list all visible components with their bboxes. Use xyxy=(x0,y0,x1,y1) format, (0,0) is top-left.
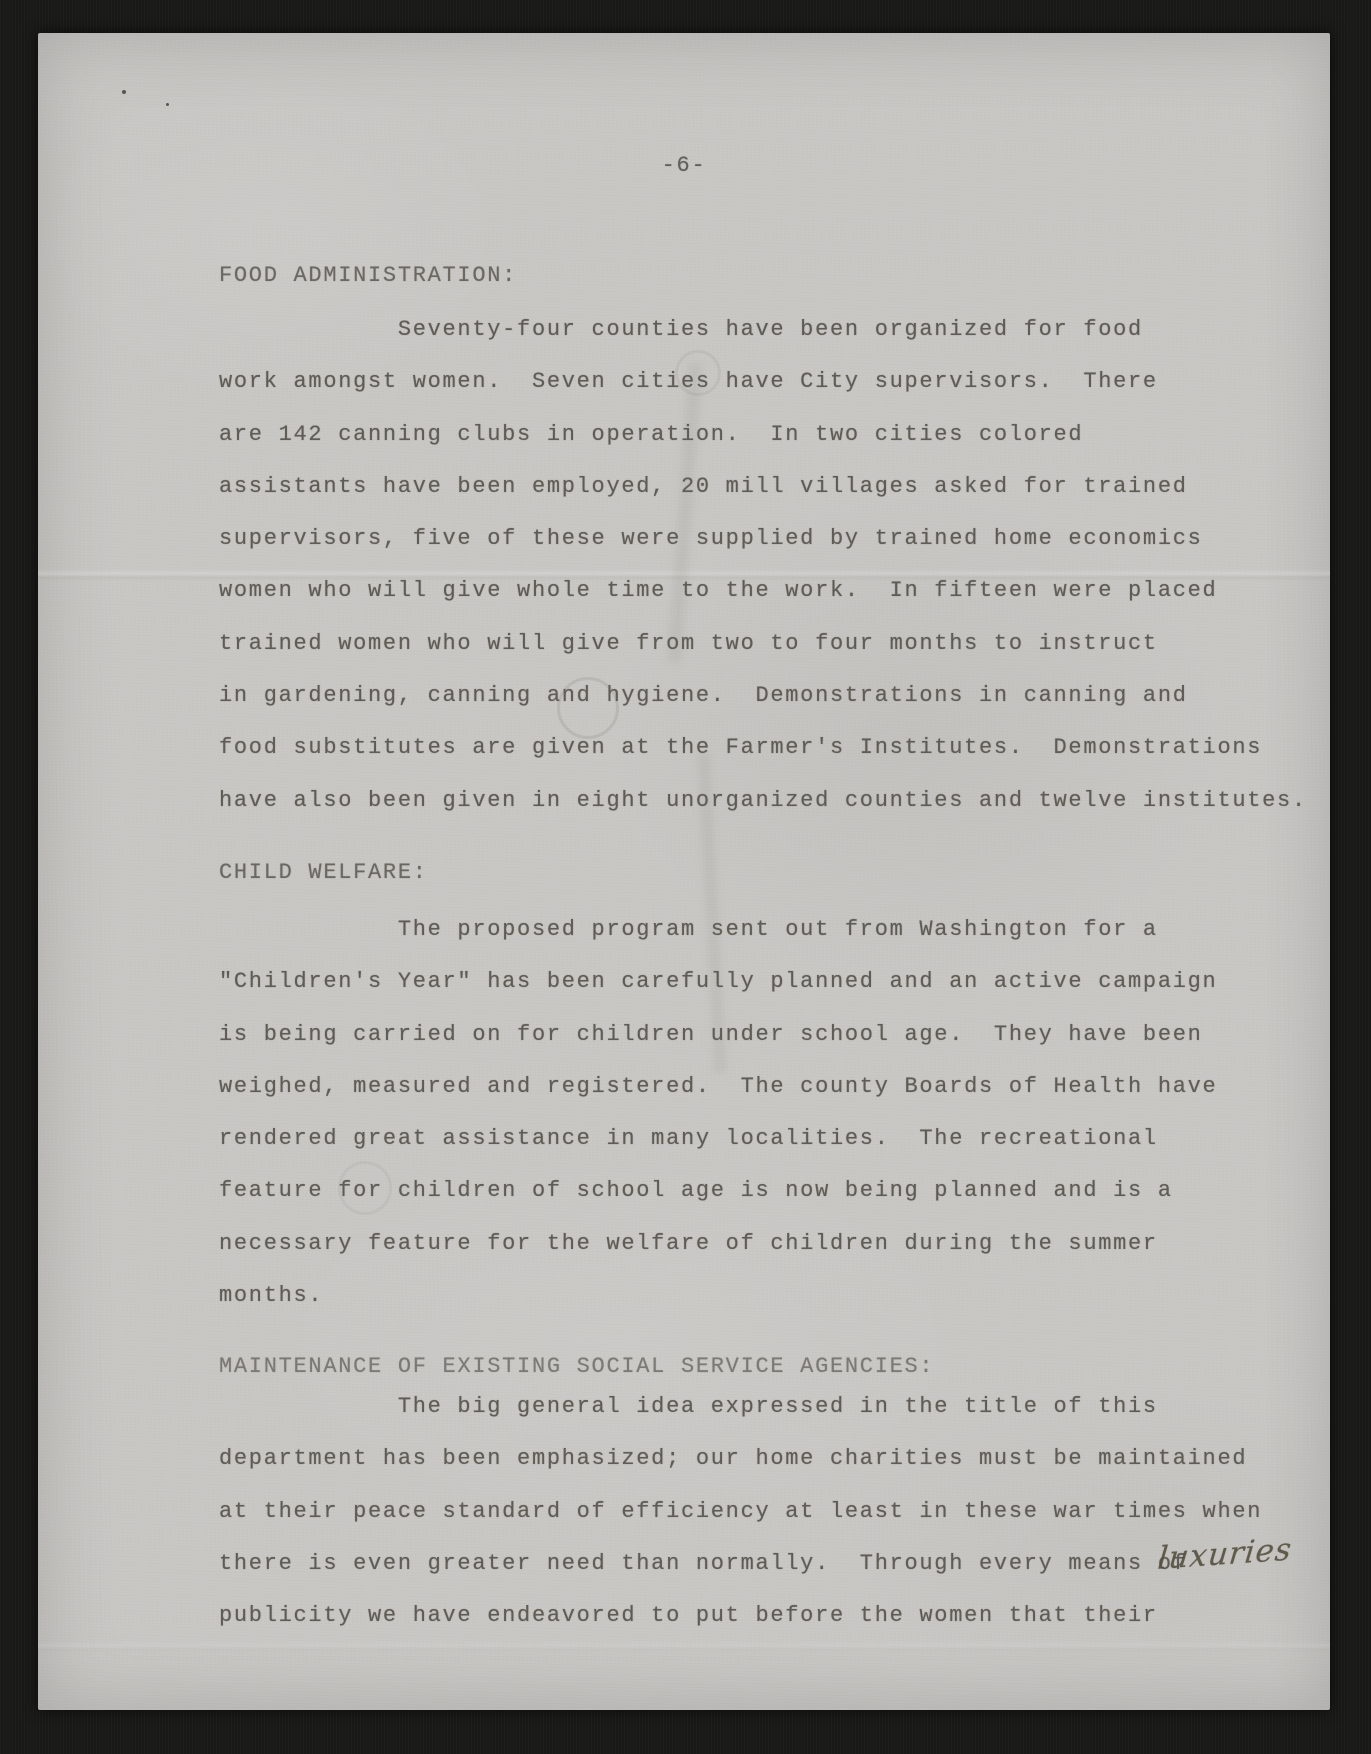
section-paragraph: The big general idea expressed in the ti… xyxy=(219,1381,1262,1642)
page-number: -6- xyxy=(38,149,1330,183)
section-paragraph: The proposed program sent out from Washi… xyxy=(219,904,1217,1322)
paper-fold-crease xyxy=(38,1641,1330,1653)
dust-speck xyxy=(122,90,126,94)
scanned-page-background: -6- FOOD ADMINISTRATION: Seventy-four co… xyxy=(0,0,1371,1754)
section-heading: FOOD ADMINISTRATION: xyxy=(219,250,517,302)
dust-speck xyxy=(166,103,169,106)
document-page: -6- FOOD ADMINISTRATION: Seventy-four co… xyxy=(38,33,1330,1710)
section-heading: CHILD WELFARE: xyxy=(219,847,428,899)
section-paragraph: Seventy-four counties have been organize… xyxy=(219,304,1307,827)
